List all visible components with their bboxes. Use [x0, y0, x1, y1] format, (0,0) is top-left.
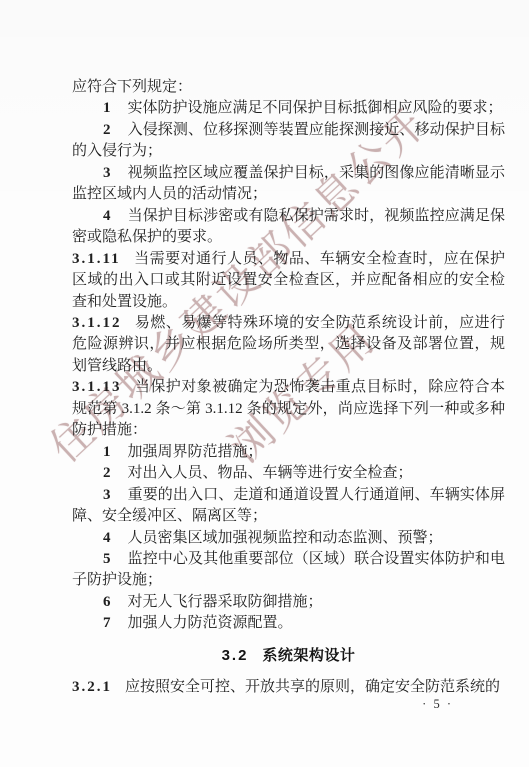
document-page: 住房城乡建设部信息公开 浏览专用 应符合下列规定：1实体防护设施应满足不同保护目… [0, 0, 529, 767]
list-item: 5监控中心及其他重要部位（区域）联合设置实体防护和电子防护设施； [72, 549, 505, 592]
paragraph-text: 加强周界防范措施； [128, 444, 263, 460]
paragraph-text: 视频监控区域应覆盖保护目标，采集的图像应能清晰显示监控区域内人员的活动情况； [72, 165, 505, 202]
clause-paragraph: 3.1.11当需要对通行人员、物品、车辆安全检查时，应在保护区域的出入口或其附近… [72, 249, 505, 313]
item-number: 3 [103, 487, 111, 503]
item-number: 6 [103, 594, 111, 610]
list-item: 6对无人飞行器采取防御措施； [72, 592, 505, 613]
list-item: 1加强周界防范措施； [72, 442, 505, 463]
item-number: 3 [103, 165, 111, 181]
item-number: 1 [103, 100, 111, 116]
list-item: 4当保护目标涉密或有隐私保护需求时，视频监控应满足保密或隐私保护的要求。 [72, 206, 505, 249]
list-item: 2入侵探测、位移探测等装置应能探测接近、移动保护目标的入侵行为； [72, 120, 505, 163]
continuation-paragraph: 应符合下列规定： [72, 77, 505, 98]
section-heading: 3.2系统架构设计 [72, 645, 505, 666]
section-title: 系统架构设计 [262, 647, 355, 664]
paragraph-text: 加强人力防范资源配置。 [128, 615, 293, 631]
paragraph-text: 当保护对象被确定为恐怖袭击重点目标时，除应符合本规范第 3.1.2 条～第 3.… [72, 379, 505, 438]
list-item: 3重要的出入口、走道和通道设置人行通道闸、车辆实体屏障、安全缓冲区、隔离区等； [72, 485, 505, 528]
clause-number: 3.1.12 [72, 315, 122, 331]
clause-number: 3.1.11 [72, 251, 121, 267]
item-number: 7 [103, 615, 111, 631]
clause-paragraph: 3.1.12易燃、易爆等特殊环境的安全防范系统设计前，应进行危险源辨识，并应根据… [72, 313, 505, 377]
item-number: 2 [103, 465, 111, 481]
item-number: 1 [103, 444, 111, 460]
clause-paragraph: 3.2.1应按照安全可控、开放共享的原则，确定安全防范系统的 [72, 677, 505, 698]
item-number: 5 [103, 551, 111, 567]
list-item: 4人员密集区域加强视频监控和动态监测、预警； [72, 528, 505, 549]
page-number: · 5 · [422, 697, 453, 712]
paragraph-text: 易燃、易爆等特殊环境的安全防范系统设计前，应进行危险源辨识，并应根据危险场所类型… [72, 315, 505, 374]
document-body: 应符合下列规定：1实体防护设施应满足不同保护目标抵御相应风险的要求；2入侵探测、… [72, 77, 505, 699]
paragraph-text: 人员密集区域加强视频监控和动态监测、预警； [128, 530, 443, 546]
item-number: 2 [103, 122, 111, 138]
clause-number: 3.1.13 [72, 379, 122, 395]
clause-number: 3.2.1 [72, 679, 112, 695]
item-number: 4 [103, 530, 111, 546]
item-number: 4 [103, 208, 111, 224]
paragraph-text: 对出入人员、物品、车辆等进行安全检查； [128, 465, 413, 481]
paragraph-text: 应按照安全可控、开放共享的原则，确定安全防范系统的 [125, 679, 500, 695]
list-item: 2对出入人员、物品、车辆等进行安全检查； [72, 463, 505, 484]
paragraph-text: 监控中心及其他重要部位（区域）联合设置实体防护和电子防护设施； [72, 551, 505, 588]
clause-paragraph: 3.1.13当保护对象被确定为恐怖袭击重点目标时，除应符合本规范第 3.1.2 … [72, 377, 505, 441]
paragraph-text: 当保护目标涉密或有隐私保护需求时，视频监控应满足保密或隐私保护的要求。 [72, 208, 505, 245]
paragraph-text: 对无人飞行器采取防御措施； [128, 594, 323, 610]
paragraph-text: 重要的出入口、走道和通道设置人行通道闸、车辆实体屏障、安全缓冲区、隔离区等； [72, 487, 505, 524]
list-item: 3视频监控区域应覆盖保护目标，采集的图像应能清晰显示监控区域内人员的活动情况； [72, 163, 505, 206]
paragraph-text: 实体防护设施应满足不同保护目标抵御相应风险的要求； [128, 100, 503, 116]
paragraph-text: 入侵探测、位移探测等装置应能探测接近、移动保护目标的入侵行为； [72, 122, 505, 159]
list-item: 7加强人力防范资源配置。 [72, 613, 505, 634]
section-number: 3.2 [222, 647, 249, 664]
paragraph-text: 应符合下列规定： [72, 79, 192, 95]
paragraph-text: 当需要对通行人员、物品、车辆安全检查时，应在保护区域的出入口或其附近设置安全检查… [72, 251, 505, 310]
list-item: 1实体防护设施应满足不同保护目标抵御相应风险的要求； [72, 98, 505, 119]
